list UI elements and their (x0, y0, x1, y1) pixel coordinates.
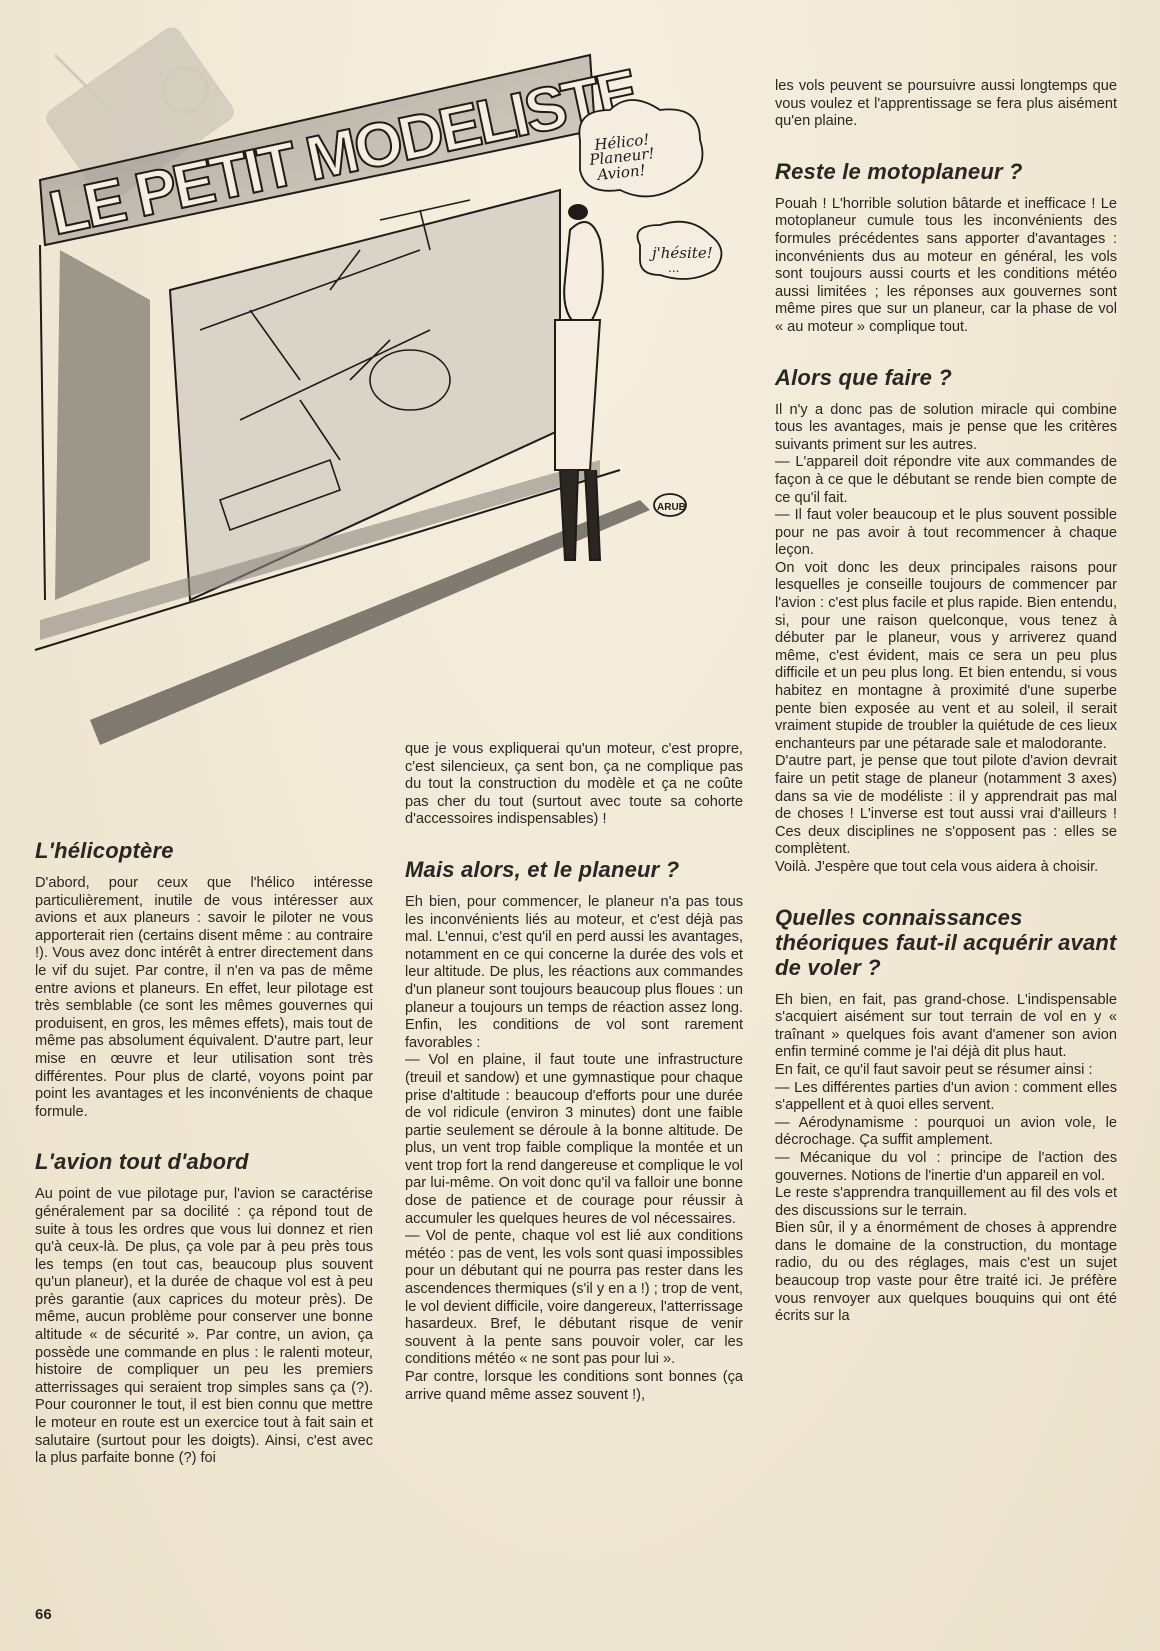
paragraph: — Les différentes parties d'un avion : c… (775, 1080, 1117, 1115)
paragraph: Voilà. J'espère que tout cela vous aider… (775, 859, 1117, 877)
paragraph: — Aérodynamisme : pourquoi un avion vole… (775, 1115, 1117, 1150)
paragraph: Au point de vue pilotage pur, l'avion se… (35, 1186, 373, 1468)
paragraph: On voit donc les deux principales raison… (775, 560, 1117, 754)
page-number: 66 (35, 1606, 52, 1623)
paragraph: Par contre, lorsque les conditions sont … (405, 1369, 743, 1404)
heading-connaissances: Quelles connaissances théoriques faut-il… (775, 905, 1117, 980)
right-column: les vols peuvent se poursuivre aussi lon… (775, 78, 1117, 1326)
paragraph: D'abord, pour ceux que l'hélico intéress… (35, 875, 373, 1121)
paragraph: que je vous expliquerai qu'un moteur, c'… (405, 741, 743, 829)
heading-avion: L'avion tout d'abord (35, 1149, 373, 1174)
middle-column: que je vous expliquerai qu'un moteur, c'… (405, 741, 743, 1404)
heading-planeur: Mais alors, et le planeur ? (405, 857, 743, 882)
paragraph: Bien sûr, il y a énormément de choses à … (775, 1220, 1117, 1326)
heading-motoplaneur: Reste le motoplaneur ? (775, 159, 1117, 184)
paragraph: Il n'y a donc pas de solution miracle qu… (775, 402, 1117, 455)
paragraph: Eh bien, pour commencer, le planeur n'a … (405, 894, 743, 1052)
paragraph: — Il faut voler beaucoup et le plus souv… (775, 507, 1117, 560)
paragraph: les vols peuvent se poursuivre aussi lon… (775, 78, 1117, 131)
cartoonist-signature: ARUB (657, 502, 686, 513)
paragraph: — Vol en plaine, il faut toute une infra… (405, 1052, 743, 1228)
cartoon-illustration: LE PETIT MODELISTE Hélico! Planeur! Avio… (0, 0, 730, 760)
paragraph: Le reste s'apprendra tranquillement au f… (775, 1185, 1117, 1220)
paragraph: Eh bien, en fait, pas grand-chose. L'ind… (775, 992, 1117, 1062)
speech-bubble-2-text: j'hésite! (649, 244, 713, 262)
paragraph: — Mécanique du vol : principe de l'actio… (775, 1150, 1117, 1185)
paragraph: En fait, ce qu'il faut savoir peut se ré… (775, 1062, 1117, 1080)
paragraph: D'autre part, je pense que tout pilote d… (775, 753, 1117, 859)
speech-bubble-2-dots: ... (668, 261, 679, 275)
paragraph: — Vol de pente, chaque vol est lié aux c… (405, 1228, 743, 1369)
heading-alors-que-faire: Alors que faire ? (775, 365, 1117, 390)
paragraph: — L'appareil doit répondre vite aux comm… (775, 454, 1117, 507)
heading-helicoptere: L'hélicoptère (35, 838, 373, 863)
paragraph: Pouah ! L'horrible solution bâtarde et i… (775, 196, 1117, 337)
left-column: L'hélicoptère D'abord, pour ceux que l'h… (35, 838, 373, 1468)
